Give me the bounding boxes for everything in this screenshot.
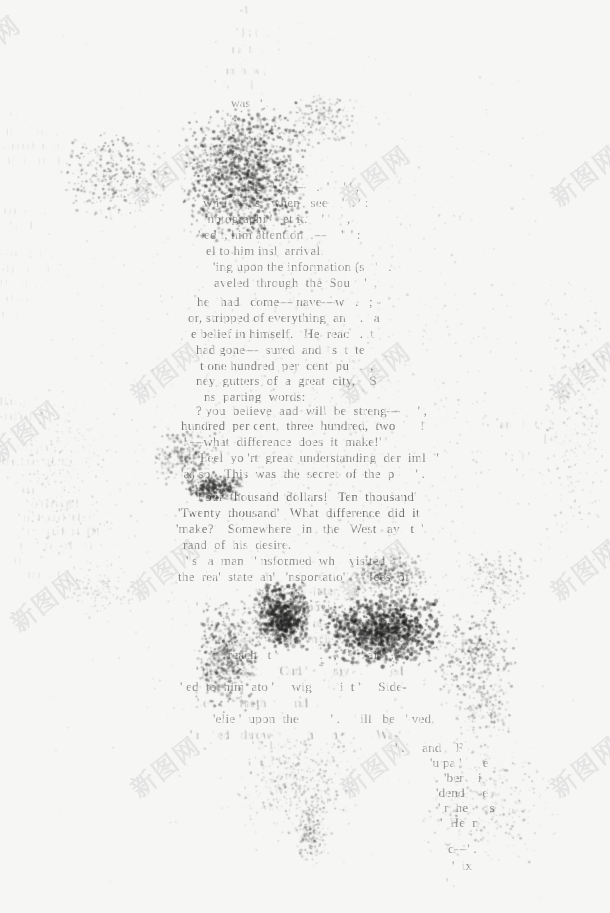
text-line: was ' . bbox=[231, 97, 269, 109]
text-line: N ' bbox=[96, 150, 112, 161]
text-line: ' } ; { bbox=[236, 28, 259, 38]
text-line: ' . ' - bbox=[516, 466, 541, 478]
text-line: . , bbox=[90, 584, 99, 595]
text-line: ' ; ousand!' bbox=[26, 499, 82, 511]
text-line: an | t, bbox=[500, 418, 541, 430]
text-line: rand of his desire. bbox=[183, 538, 291, 551]
text-line: had gone— sured and s t te bbox=[196, 343, 365, 356]
page-text-layer: -1:' } ; {t a I: ,m h w ;' 1, . ' |was '… bbox=[0, 0, 610, 913]
text-line: ' t t and of thi bbox=[22, 527, 100, 539]
text-line: 'Twenty thousand' What difference did it bbox=[178, 506, 420, 519]
text-line: ' He r bbox=[440, 816, 477, 829]
text-line: ' s a man ' nsformed wh visited bbox=[186, 554, 386, 567]
text-line: 'ing upon the information (s ' . bbox=[213, 260, 392, 273]
text-line: ney gutters of a great city, S bbox=[196, 374, 377, 387]
text-line: m h w ; bbox=[226, 66, 267, 77]
text-line: hundred per cent, three hundred, two ! bbox=[181, 419, 425, 432]
text-line: ' , bbox=[540, 556, 549, 568]
text-line: el to him insl arrival. bbox=[206, 244, 324, 257]
scanned-page-image: 新图网新图网新图网新图网新图网新图网新图网新图网新图网新图网新图网新图网新图网新… bbox=[0, 0, 610, 913]
text-line: ' . 3 R . ' ; bbox=[220, 134, 265, 145]
text-line: x ' ; 'ws later; e ' za ') , bbox=[258, 584, 418, 597]
text-line: ' n ' t and die t' bbox=[18, 513, 95, 525]
text-line: c—' . bbox=[448, 842, 477, 855]
text-line: -ly a , t bbox=[2, 264, 50, 275]
text-line: 'as so. This was the secret of the p ' . bbox=[181, 467, 425, 480]
text-line: s! — . bbox=[6, 294, 41, 305]
text-line: / ' t.i .ra bbox=[6, 442, 48, 453]
text-line: ' e sa ' ' . ' ncil ' . ' tain bbox=[224, 632, 399, 645]
text-line: he had come— nave—w . ; - bbox=[197, 295, 381, 308]
text-line: ' . bbox=[545, 300, 554, 312]
text-line: ' 3-1 C- ' , bbox=[252, 739, 309, 751]
text-line: sta . ' bbox=[22, 486, 63, 498]
text-line: ; ' ' ? Gt ' bbox=[248, 754, 306, 766]
text-line: !* . i! . , bbox=[0, 279, 44, 290]
text-line: t a I: , bbox=[232, 46, 263, 56]
text-line: -ndred, ' . , , bbox=[0, 412, 68, 424]
text-line: ' : , . bbox=[10, 112, 40, 123]
text-line: ' . and F bbox=[395, 741, 463, 754]
text-line: uts — . bbox=[4, 206, 47, 217]
text-line: | 4 bbox=[544, 432, 556, 444]
text-line: He ' ; — . ' ' ' , bbox=[246, 180, 359, 193]
text-line: ' , . ' . ' ' ness pow ' in his bbox=[196, 600, 401, 613]
text-line: ' C bbox=[556, 520, 570, 532]
text-line: ' e . ' meth nd . bbox=[197, 696, 319, 709]
text-line: the rea' state an' 'nsportatio' ' fees o… bbox=[178, 570, 409, 583]
text-line: 'make? Somewhere in the West ay t ' bbox=[176, 522, 424, 535]
text-line: ; ' bbox=[560, 490, 569, 502]
text-line: '.a I i bbox=[10, 221, 46, 232]
text-line: . i bbox=[112, 250, 127, 261]
text-line: Feel yo 'rt great understanding der iml … bbox=[200, 451, 439, 464]
text-line: ; ' , ' ' bbox=[196, 165, 236, 176]
text-line: 'r reach t ' . , ' ai ' . bbox=[210, 648, 394, 661]
text-line: 'notographi ' et it. ' ' ' , bbox=[205, 212, 350, 225]
text-line: st . bbox=[14, 556, 34, 567]
text-line: ' ; i ' bbox=[505, 450, 530, 462]
text-line: 'Four thousand dollars! Ten thousand' . bbox=[195, 490, 431, 503]
text-line: ' : ' w ' bbox=[244, 784, 290, 796]
text-line: ns parting words: bbox=[204, 390, 306, 403]
text-line: ' his deca ' 'Cud ' my . ' ed bbox=[196, 664, 404, 677]
text-line: . — . . . bbox=[0, 427, 50, 438]
text-line: ll u .l ' . , bbox=[0, 397, 56, 409]
text-line: wh-i — s when see ' . ' : bbox=[203, 196, 368, 209]
text-line: ' . ' bbox=[276, 820, 294, 832]
text-line: ' . bbox=[446, 876, 456, 889]
text-line: ' —what difference does it make!' ' bbox=[184, 435, 388, 448]
text-line: ? you believe and will be streng— ' , bbox=[196, 404, 427, 417]
text-line: ' . ' : 'ing as h ' , ' orni bbox=[228, 616, 418, 629]
text-line: ' . ' ; r bbox=[250, 769, 289, 781]
text-line: 'ber i bbox=[444, 771, 482, 784]
text-line: ' ed to him ato ' wig i t ' Side- bbox=[180, 680, 407, 693]
text-line: ir . rn , bbox=[6, 127, 59, 138]
text-line: the . d . bbox=[28, 570, 69, 581]
text-line: -1: bbox=[240, 6, 252, 16]
text-line: the t.ne, of .n . bbox=[2, 457, 76, 469]
text-line: t.e r e d ' - bbox=[224, 118, 277, 129]
text-line: t ' t w of lia bbox=[20, 541, 94, 553]
text-line: 'dend e bbox=[436, 786, 488, 799]
text-line: —ie ; i . bbox=[0, 249, 53, 260]
text-line: ' , bbox=[548, 404, 557, 416]
text-line: ' 1, . ' | bbox=[214, 80, 253, 90]
text-line: ' 1 , ' . bbox=[262, 800, 299, 812]
text-line: 1 J L , ' . bbox=[208, 150, 257, 161]
text-line: ' r he s bbox=[438, 801, 495, 814]
text-line: . mmsh n ot . bbox=[2, 141, 72, 152]
text-line: ' ix bbox=[452, 859, 472, 872]
text-line: 'u pa ' e bbox=[430, 756, 489, 769]
text-line: or, stripped of everything an . a bbox=[188, 311, 380, 324]
text-line: e belief in himself. He reac . t bbox=[191, 327, 374, 340]
text-line: ' ed i, him attention .— ' ' : bbox=[198, 228, 361, 241]
text-line: - 1 . bbox=[100, 208, 128, 219]
text-line: r . l ' , bbox=[2, 309, 38, 320]
text-line: 'elie ' upon the ' . ' ill be ' ved, bbox=[213, 712, 435, 725]
text-line: t one hundred per cent pu . , bbox=[200, 359, 374, 372]
text-line: aveled through the Sou ' , bbox=[214, 276, 377, 289]
text-line: i( 'i rr 1 . bbox=[8, 156, 67, 167]
